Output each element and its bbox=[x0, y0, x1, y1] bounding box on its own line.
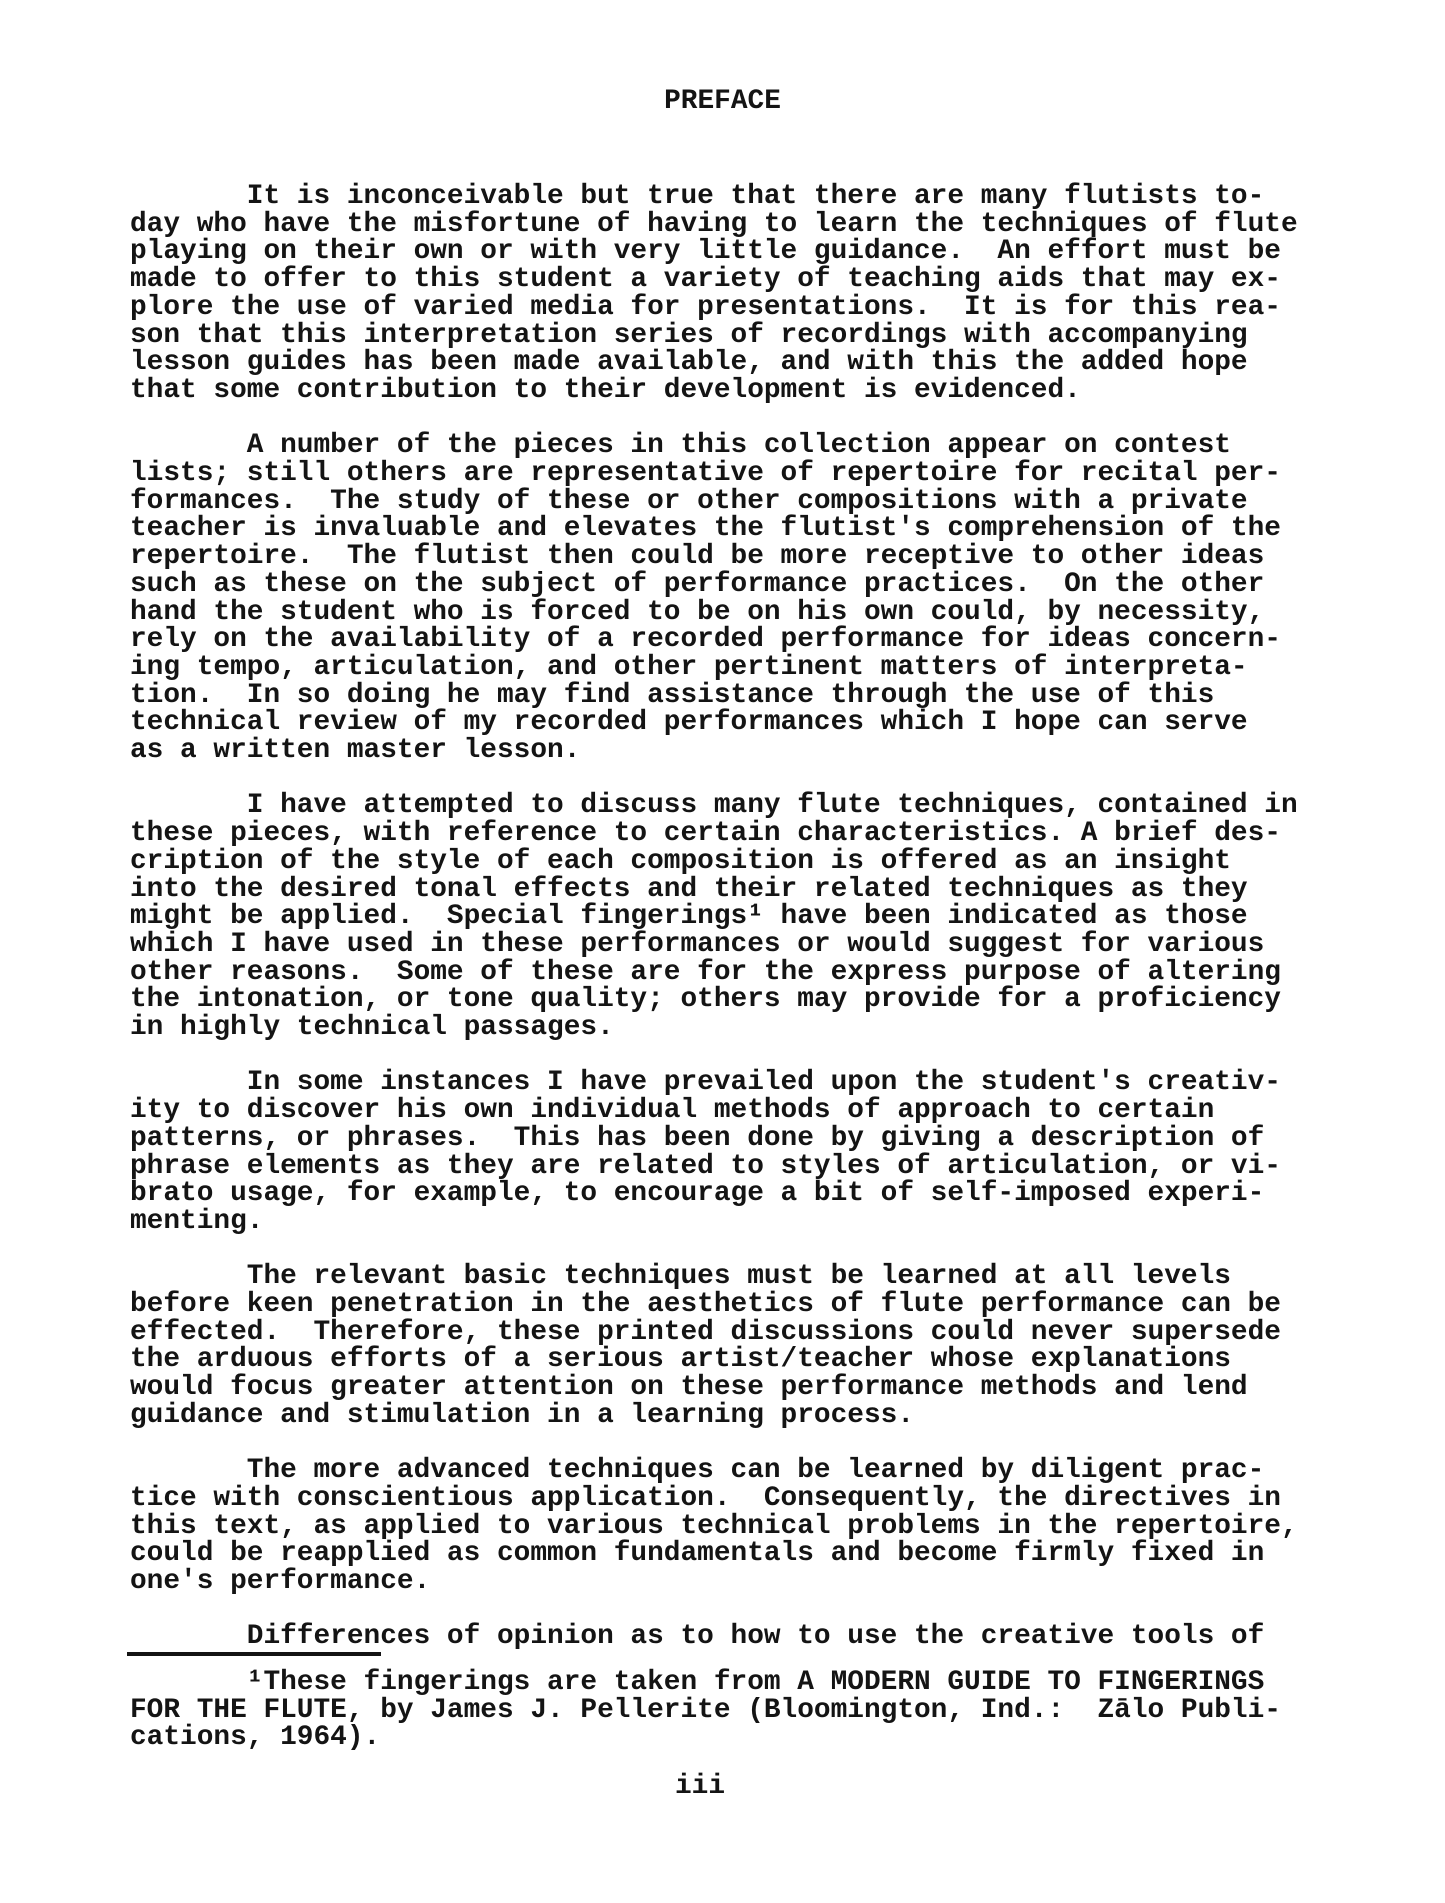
footnote-text: ¹These fingerings are taken from A MODER… bbox=[130, 1669, 1281, 1752]
paragraph: The relevant basic techniques must be le… bbox=[130, 1263, 1298, 1429]
page-number: iii bbox=[0, 1773, 1400, 1801]
paragraph: A number of the pieces in this collectio… bbox=[130, 432, 1298, 764]
paragraph: In some instances I have prevailed upon … bbox=[130, 1069, 1298, 1235]
scanned-page: PREFACE It is inconceivable but true tha… bbox=[0, 0, 1445, 1903]
paragraph: Differences of opinion as to how to use … bbox=[130, 1623, 1298, 1651]
paragraph: The more advanced techniques can be lear… bbox=[130, 1457, 1298, 1596]
paragraph: It is inconceivable but true that there … bbox=[130, 183, 1298, 405]
document-body: It is inconceivable but true that there … bbox=[130, 183, 1298, 1679]
footnote-separator bbox=[127, 1652, 381, 1656]
page-title: PREFACE bbox=[0, 88, 1445, 116]
paragraph: I have attempted to discuss many flute t… bbox=[130, 792, 1298, 1041]
